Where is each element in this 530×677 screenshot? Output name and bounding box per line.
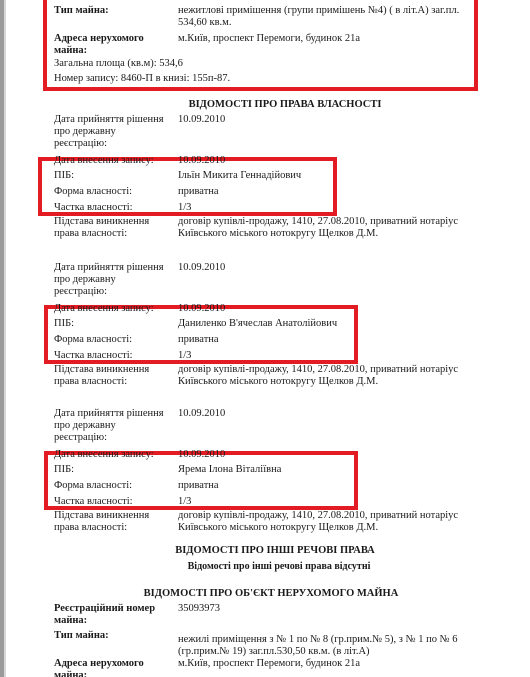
label: Підстава виникнення права власності: [54, 216, 154, 240]
value: 1/3 [178, 350, 513, 362]
other-rights-heading: ВІДОМОСТІ ПРО ІНШІ РЕЧОВІ ПРАВА [0, 545, 530, 557]
label: Частка власності: [54, 496, 166, 508]
value: 1/3 [178, 496, 513, 508]
label: Дата внесення запису: [54, 303, 166, 315]
value: 35093973 [178, 603, 513, 615]
value: нежитлові примішення (групи примішень №4… [178, 5, 468, 29]
value: 10.09.2010 [178, 449, 513, 461]
value: 1/3 [178, 202, 513, 214]
value: нежилі приміщення з № 1 по № 8 (гр.прим.… [178, 634, 468, 658]
ownership-heading: ВІДОМОСТІ ПРО ПРАВА ВЛАСНОСТІ [0, 99, 530, 111]
label: Дата внесення запису: [54, 155, 166, 167]
value: договір купівлі-продажу, 1410, 27.08.201… [178, 216, 468, 240]
label: Форма власності: [54, 334, 166, 346]
value: м.Київ, проспект Перемоги, будинок 21а [178, 658, 513, 670]
value: 10.09.2010 [178, 408, 513, 420]
value: приватна [178, 186, 513, 198]
top-total-area: Загальна площа (кв.м): 534,6 [54, 58, 474, 70]
object-heading: ВІДОМОСТІ ПРО ОБ'ЄКТ НЕРУХОМОГО МАЙНА [0, 588, 530, 600]
other-rights-note: Відомості про інші речові права відсутні [0, 561, 530, 573]
value: Ільїн Микита Геннадійович [178, 170, 513, 182]
label: Частка власності: [54, 350, 166, 362]
label: Форма власності: [54, 480, 166, 492]
label: Адреса нерухомого майна: [54, 658, 149, 677]
value: приватна [178, 480, 513, 492]
total-area-text: Загальна площа (кв.м): 534,6 [54, 58, 183, 69]
value: договір купівлі-продажу, 1410, 27.08.201… [178, 510, 468, 534]
value: Даниленко В'ячеслав Анатолійович [178, 318, 513, 330]
value: приватна [178, 334, 513, 346]
record-number-text: Номер запису: 8460-П в книзі: 155п-87. [54, 73, 230, 84]
label: ПІБ: [54, 464, 166, 476]
label: ПІБ: [54, 318, 166, 330]
label: Підстава виникнення права власності: [54, 364, 154, 388]
value: договір купівлі-продажу, 1410, 27.08.201… [178, 364, 468, 388]
label: Дата прийняття рішення про державну реєс… [54, 408, 166, 444]
value: 10.09.2010 [178, 155, 513, 167]
value: 10.09.2010 [178, 114, 513, 126]
value: м.Київ, проспект Перемоги, будинок 21а [178, 33, 513, 45]
value: 10.09.2010 [178, 303, 513, 315]
label: Форма власності: [54, 186, 166, 198]
value: 10.09.2010 [178, 262, 513, 274]
label: Частка власності: [54, 202, 166, 214]
label: Тип майна: [54, 630, 166, 642]
top-address-row: Адреса нерухомого майна: м.Київ, проспек… [54, 33, 474, 59]
label: Реєстраційний номер майна: [54, 603, 164, 627]
label: Тип майна: [54, 5, 166, 17]
label: Дата прийняття рішення про державну реєс… [54, 262, 166, 298]
label: Дата прийняття рішення про державну реєс… [54, 114, 166, 150]
label: Дата внесення запису: [54, 449, 166, 461]
top-type-row: Тип майна: нежитлові примішення (групи п… [54, 5, 474, 31]
value: Ярема Ілона Віталіївна [178, 464, 513, 476]
label: Адреса нерухомого майна: [54, 33, 149, 57]
top-record-number: Номер запису: 8460-П в книзі: 155п-87. [54, 73, 474, 85]
label: ПІБ: [54, 170, 166, 182]
label: Підстава виникнення права власності: [54, 510, 154, 534]
